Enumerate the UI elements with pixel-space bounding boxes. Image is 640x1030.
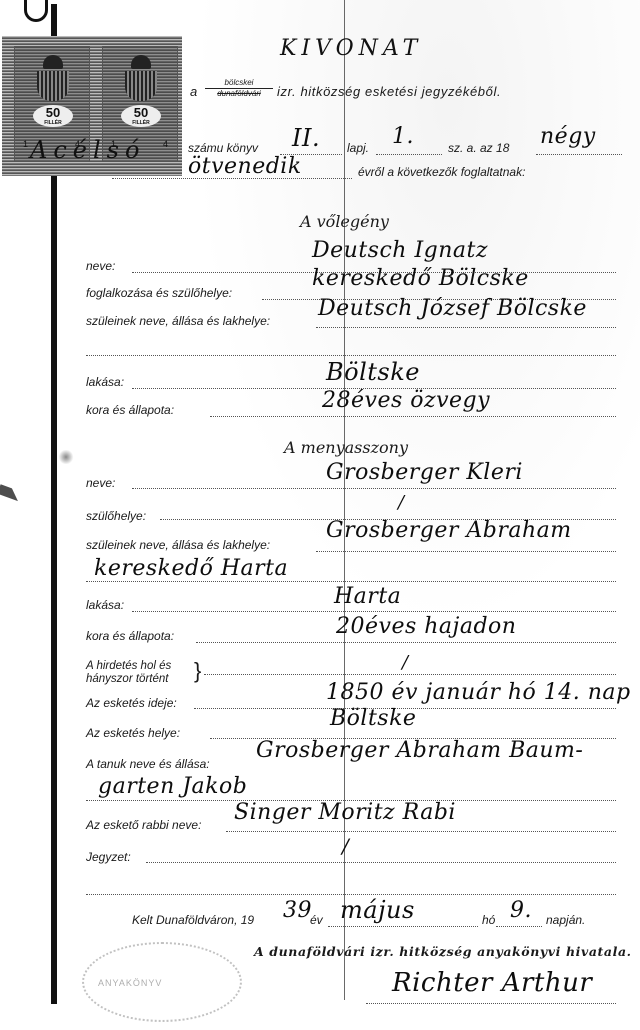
witnesses-value: Grosberger Abraham Baum- (256, 738, 583, 763)
dotted-line (226, 831, 616, 832)
dotted-line (536, 154, 622, 155)
announcement-value: / (402, 652, 409, 673)
community-fraction: bölcskei dunaföldvári (205, 78, 273, 98)
dotted-line (132, 488, 616, 489)
coat-of-arms-icon (125, 71, 157, 101)
registrar-signature: Richter Arthur (392, 968, 592, 998)
issued-year: 39 (283, 898, 312, 923)
groom-occupation-value: kereskedő Bölcske (312, 266, 529, 291)
document-title: KIVONAT (280, 36, 422, 61)
page-value: 1. (392, 124, 414, 149)
dotted-line (316, 551, 616, 552)
groom-occupation-label: foglalkozása és szülőhelye: (86, 286, 232, 300)
source-prefix: a (190, 84, 198, 99)
page-label: lapj. (347, 141, 369, 155)
stamp-unit: FILLÉR (121, 120, 161, 126)
community-struck: dunaföldvári (205, 89, 273, 98)
wedding-date-value: 1850 év január hó 14. nap (326, 680, 631, 705)
note-value: / (342, 834, 349, 858)
community-written: bölcskei (205, 78, 273, 89)
bride-residence-label: lakása: (86, 598, 124, 612)
groom-name-value: Deutsch Ignatz (312, 238, 488, 263)
month-label: hó (482, 913, 495, 927)
bride-residence-value: Harta (334, 584, 401, 609)
number-label: sz. a. az 18 (448, 141, 509, 155)
stamp-cancellation: Acélsó (30, 136, 145, 164)
seal-text: ANYAKÖNYV (98, 978, 162, 988)
dotted-line (196, 642, 616, 643)
dotted-line (86, 581, 616, 582)
bride-age-label: kora és állapota: (86, 629, 174, 643)
bride-age-value: 20éves hajadon (336, 614, 516, 639)
year-line-label: évről a következők foglaltatnak: (358, 165, 525, 179)
issued-day: 9. (510, 898, 532, 923)
bride-parents-value-cont: kereskedő Harta (94, 556, 288, 581)
groom-parents-value: Deutsch József Bölcske (318, 296, 587, 321)
ink-smudge (58, 450, 74, 464)
announcement-label: A hirdetés hol és hányszor történt (86, 660, 196, 686)
groom-age-label: kora és állapota: (86, 403, 174, 417)
bride-birthplace-value: / (398, 492, 405, 513)
bride-parents-value: Grosberger Abraham (326, 518, 572, 543)
note-label: Jegyzet: (86, 850, 131, 864)
book-label: számu könyv (188, 141, 258, 155)
bride-birthplace-label: szülőhelye: (86, 509, 146, 523)
dotted-line (146, 862, 616, 863)
dotted-line (210, 416, 616, 417)
dotted-line (376, 154, 442, 155)
year-label: év (310, 913, 323, 927)
brace: } (194, 660, 201, 682)
stamp-year-left: 1 (23, 139, 28, 149)
witnesses-label: A tanuk neve és állása: (86, 757, 210, 771)
dotted-line (86, 894, 616, 895)
revenue-stamps: 50 FILLÉR 1 4 50 FILLÉR 1 4 Acélsó (2, 36, 182, 176)
witnesses-value-cont: garten Jakob (98, 774, 247, 799)
dotted-line (86, 355, 616, 356)
groom-name-label: neve: (86, 259, 115, 273)
year-value: négy (540, 124, 596, 149)
dotted-line (496, 926, 542, 927)
wedding-date-label: Az esketés ideje: (86, 696, 177, 710)
official-seal: ANYAKÖNYV (82, 942, 242, 1022)
bride-name-label: neve: (86, 476, 115, 490)
book-value: II. (292, 124, 320, 152)
groom-age-value: 28éves özvegy (322, 388, 490, 413)
dotted-line (328, 926, 478, 927)
crown-icon (131, 55, 151, 69)
wedding-place-value: Böltske (330, 706, 416, 731)
hole-punch-mark (24, 0, 48, 22)
year-line-value: ötvenedik (188, 154, 302, 179)
groom-parents-label: szüleinek neve, állása és lakhelye: (86, 314, 270, 328)
bride-heading: A menyasszony (284, 438, 408, 457)
stamp-unit: FILLÉR (33, 120, 73, 126)
issued-prefix: Kelt Dunaföldváron, 19 (132, 913, 254, 927)
signature-line (366, 1003, 616, 1004)
stamp-year-right: 4 (163, 139, 168, 149)
crown-icon (43, 55, 63, 69)
dotted-line (316, 327, 616, 328)
bride-parents-label: szüleinek neve, állása és lakhelye: (86, 538, 270, 552)
source-line: izr. hitközség esketési jegyzékéből. (277, 84, 501, 99)
document-page: 50 FILLÉR 1 4 50 FILLÉR 1 4 Acélsó KIVON… (0, 0, 640, 1030)
dotted-line (204, 674, 616, 675)
wedding-place-label: Az esketés helye: (86, 726, 180, 740)
groom-residence-value: Böltske (326, 358, 420, 386)
day-label: napján. (546, 913, 585, 927)
issuing-office: A dunaföldvári izr. hitközség anyakönyvi… (254, 944, 632, 959)
groom-residence-label: lakása: (86, 375, 124, 389)
dotted-line (132, 611, 616, 612)
rabbi-value: Singer Moritz Rabi (234, 800, 456, 825)
rabbi-label: Az eskető rabbi neve: (86, 818, 201, 832)
issued-month: május (340, 896, 415, 924)
edge-mark (0, 475, 25, 501)
coat-of-arms-icon (37, 71, 69, 101)
groom-heading: A vőlegény (300, 212, 389, 231)
bride-name-value: Grosberger Kleri (326, 460, 523, 485)
